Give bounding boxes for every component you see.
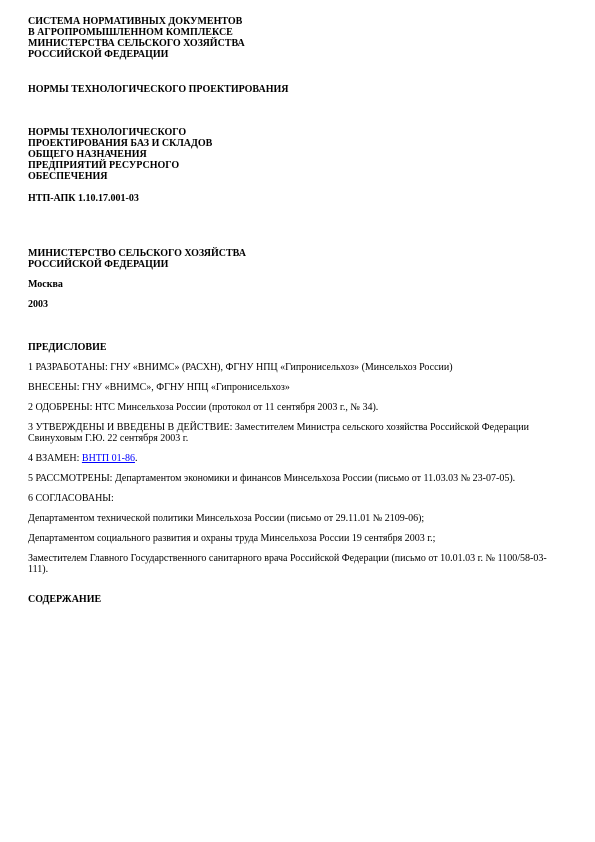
publication-year: 2003 <box>28 299 565 310</box>
preface-heading: ПРЕДИСЛОВИЕ <box>28 342 565 353</box>
document-title-block: НОРМЫ ТЕХНОЛОГИЧЕСКОГО ПРОЕКТИРОВАНИЯ БА… <box>28 127 565 182</box>
document-page: СИСТЕМА НОРМАТИВНЫХ ДОКУМЕНТОВ В АГРОПРО… <box>0 0 595 842</box>
classification-line: МИНИСТЕРСТВА СЕЛЬСКОГО ХОЗЯЙСТВА <box>28 38 565 49</box>
document-title-line: ОБЕСПЕЧЕНИЯ <box>28 171 565 182</box>
preface-paragraph-agreed-heading: 6 СОГЛАСОВАНЫ: <box>28 493 565 504</box>
vntp-01-86-link[interactable]: ВНТП 01-86 <box>82 453 135 464</box>
ministry-line: МИНИСТЕРСТВО СЕЛЬСКОГО ХОЗЯЙСТВА <box>28 248 565 259</box>
preface-paragraph-agreed-2: Департаментом социального развития и охр… <box>28 533 565 544</box>
preface-paragraph-developed: 1 РАЗРАБОТАНЫ: ГНУ «ВНИМС» (РАСХН), ФГНУ… <box>28 362 565 373</box>
replaces-label: 4 ВЗАМЕН: <box>28 453 82 464</box>
publication-city: Москва <box>28 279 565 290</box>
classification-line: РОССИЙСКОЙ ФЕДЕРАЦИИ <box>28 49 565 60</box>
preface-paragraph-submitted: ВНЕСЕНЫ: ГНУ «ВНИМС», ФГНУ НПЦ «Гипронис… <box>28 382 565 393</box>
preface-paragraph-agreed-3: Заместителем Главного Государственного с… <box>28 553 565 575</box>
document-classification-block: СИСТЕМА НОРМАТИВНЫХ ДОКУМЕНТОВ В АГРОПРО… <box>28 16 565 60</box>
document-title-line: ПРЕДПРИЯТИЙ РЕСУРСНОГО <box>28 160 565 171</box>
document-number: НТП-АПК 1.10.17.001-03 <box>28 193 565 204</box>
preface-paragraph-approved: 2 ОДОБРЕНЫ: НТС Минсельхоза России (прот… <box>28 402 565 413</box>
ministry-block: МИНИСТЕРСТВО СЕЛЬСКОГО ХОЗЯЙСТВА РОССИЙС… <box>28 248 565 270</box>
preface-paragraph-replaces: 4 ВЗАМЕН: ВНТП 01-86. <box>28 453 565 464</box>
document-title-line: ОБЩЕГО НАЗНАЧЕНИЯ <box>28 149 565 160</box>
replaces-suffix: . <box>135 453 138 464</box>
ministry-line: РОССИЙСКОЙ ФЕДЕРАЦИИ <box>28 259 565 270</box>
document-title-line: ПРОЕКТИРОВАНИЯ БАЗ И СКЛАДОВ <box>28 138 565 149</box>
preface-paragraph-reviewed: 5 РАССМОТРЕНЫ: Департаментом экономики и… <box>28 473 565 484</box>
preface-paragraph-agreed-1: Департаментом технической политики Минсе… <box>28 513 565 524</box>
contents-heading: СОДЕРЖАНИЕ <box>28 594 565 605</box>
classification-line: В АГРОПРОМЫШЛЕННОМ КОМПЛЕКСЕ <box>28 27 565 38</box>
preface-paragraph-enacted: 3 УТВЕРЖДЕНЫ И ВВЕДЕНЫ В ДЕЙСТВИЕ: Замес… <box>28 422 565 444</box>
classification-line: СИСТЕМА НОРМАТИВНЫХ ДОКУМЕНТОВ <box>28 16 565 27</box>
series-title: НОРМЫ ТЕХНОЛОГИЧЕСКОГО ПРОЕКТИРОВАНИЯ <box>28 84 565 95</box>
document-title-line: НОРМЫ ТЕХНОЛОГИЧЕСКОГО <box>28 127 565 138</box>
